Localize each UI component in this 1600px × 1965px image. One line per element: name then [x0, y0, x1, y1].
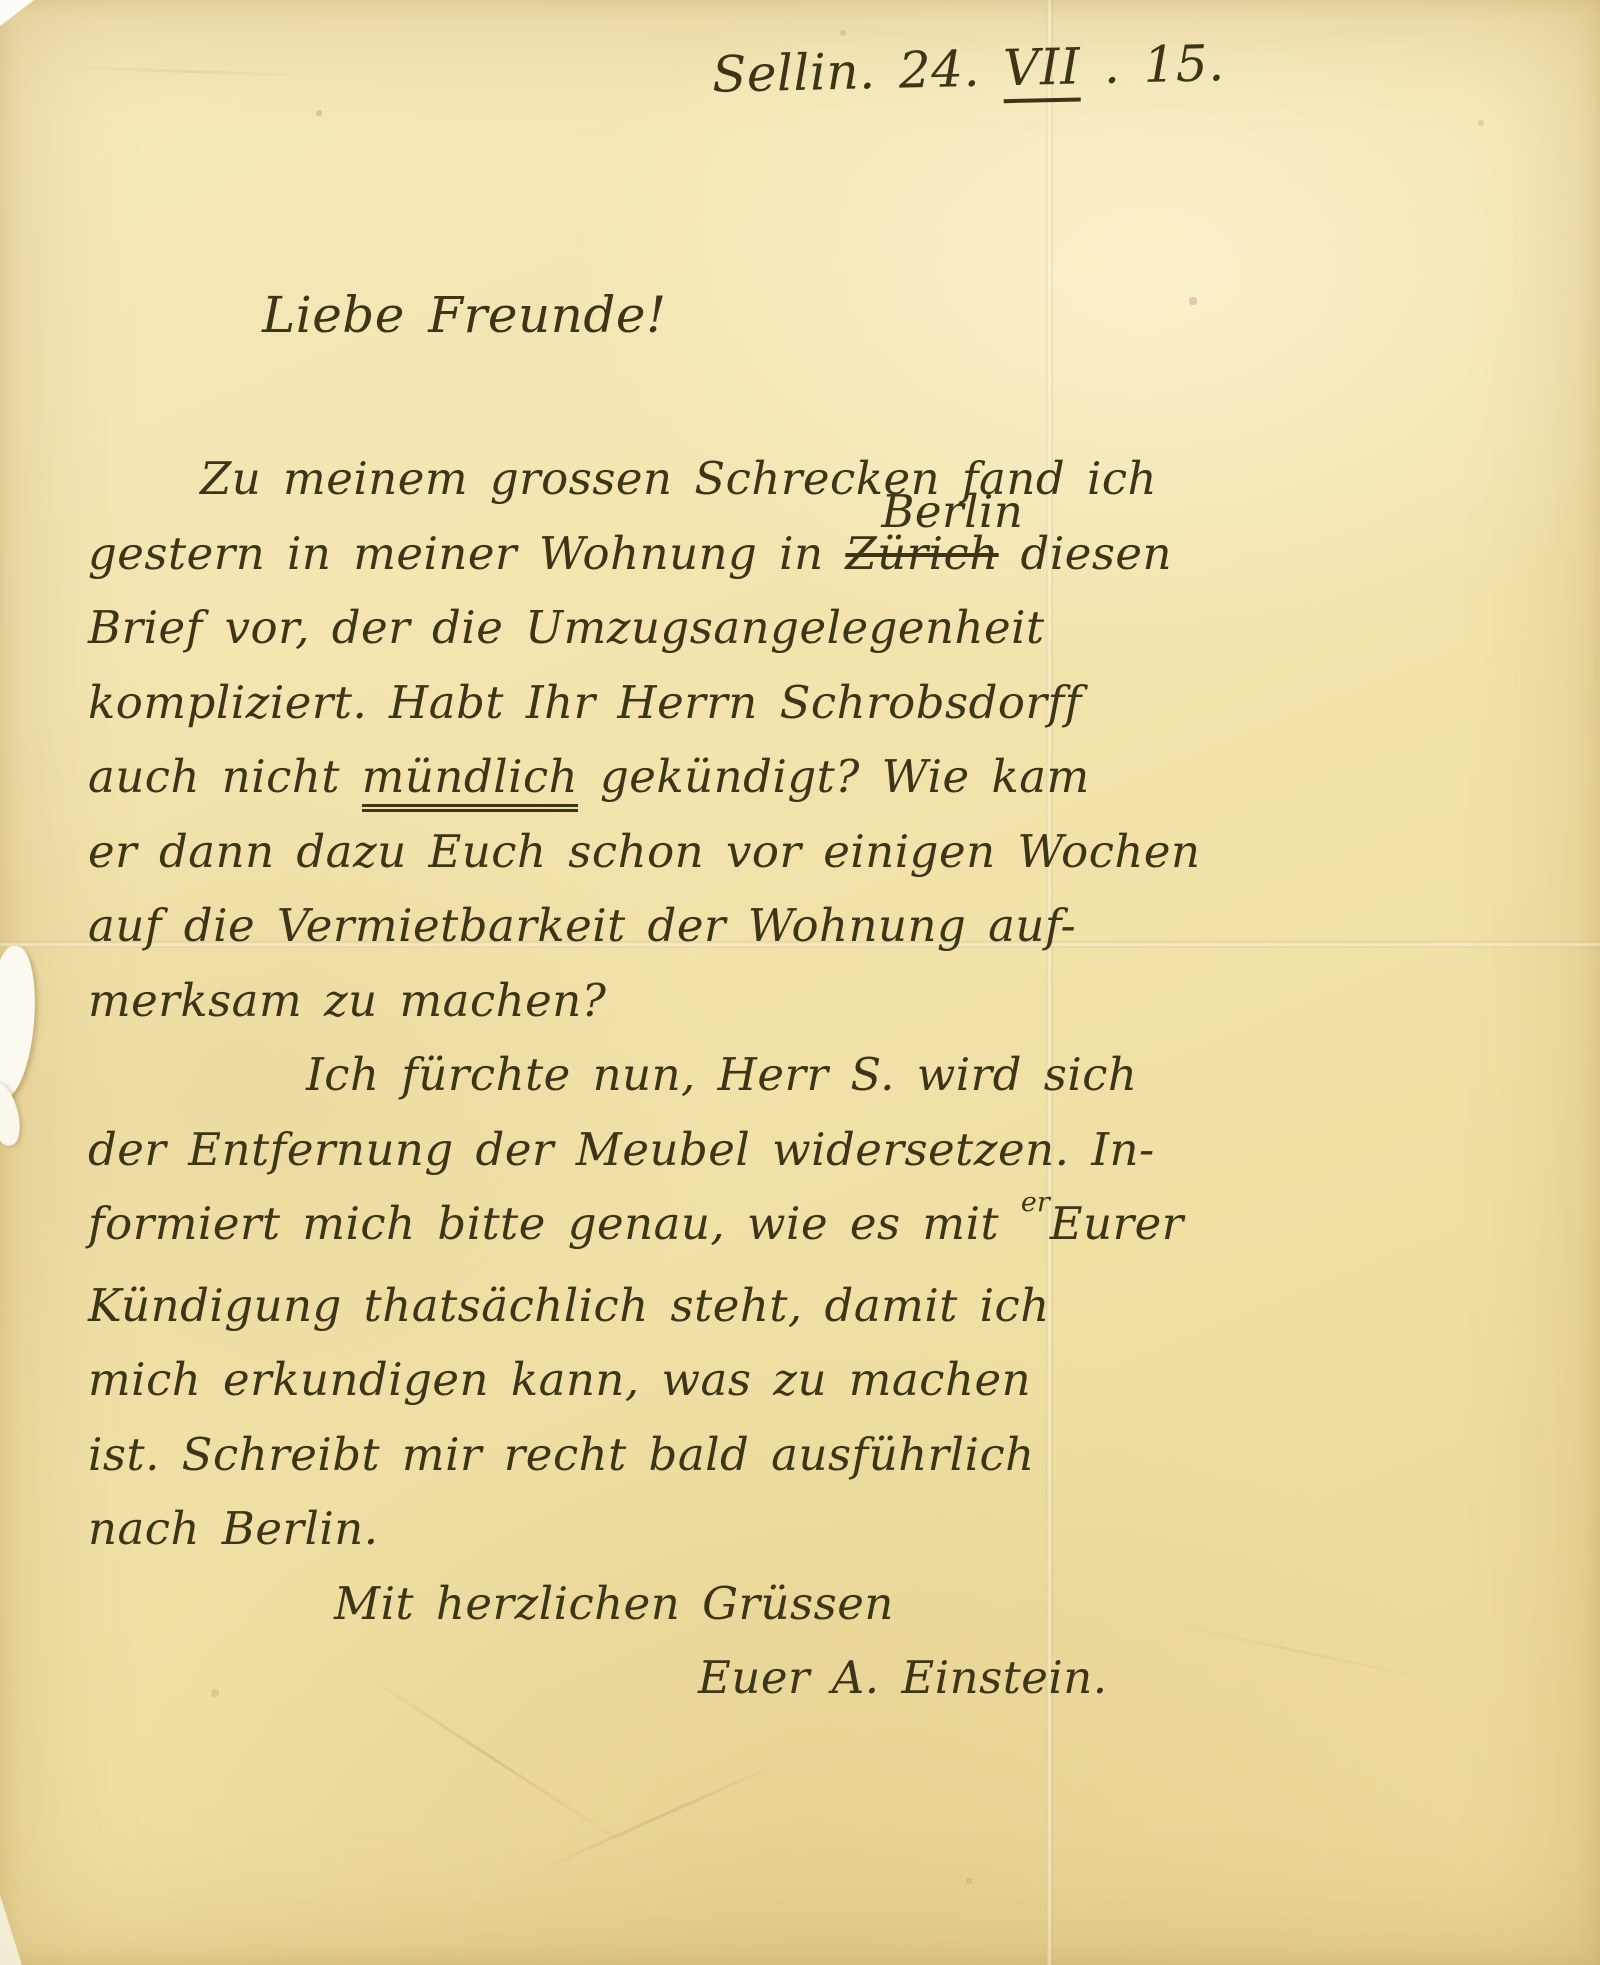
signature-line: Euer A. Einstein. [88, 1641, 1548, 1716]
inserted-letters-er: er [1021, 1187, 1050, 1218]
line-text: Eurer [1050, 1197, 1184, 1250]
line-text: gestern in meiner Wohnung in [88, 527, 845, 580]
body-line: der Entfernung der Meubel widersetzen. I… [88, 1113, 1548, 1188]
body-line: nach Berlin. [88, 1492, 1548, 1567]
body-line: mich erkundigen kann, was zu machen [88, 1343, 1548, 1418]
dateline-month-roman: VII [1003, 37, 1082, 103]
body-line: formiert mich bitte genau, wie es mit er… [88, 1187, 1548, 1269]
corner-notch-top-left [0, 0, 34, 26]
dateline: Sellin. 24. VII . 15. [711, 34, 1225, 104]
body-line: Zu meinem grossen Schrecken fand ich [88, 442, 1548, 517]
crumple-crease [60, 65, 320, 77]
foxing-specks [0, 0, 2, 2]
body-line: ist. Schreibt mir recht bald ausführlich [88, 1418, 1548, 1493]
body-line: merksam zu machen? [88, 964, 1548, 1039]
body-line: Brief vor, der die Umzugsangelegenheit [88, 591, 1548, 666]
paper-tear-mark [0, 944, 42, 1100]
dateline-place-day: Sellin. 24. [711, 39, 1003, 104]
body-line: Ich fürchte nun, Herr S. wird sich [88, 1038, 1548, 1113]
body-line: er dann dazu Euch schon vor einigen Woch… [88, 815, 1548, 890]
letter-body: Zu meinem grossen Schrecken fand ich ges… [88, 442, 1548, 1716]
line-text: auch nicht [88, 750, 362, 803]
line-text: gekündigt? Wie kam [578, 750, 1090, 803]
underlined-word-muendlich: mündlich [362, 750, 578, 812]
dateline-year: . 15. [1080, 34, 1225, 95]
corner-notch-bottom-left [0, 1895, 22, 1965]
inserted-word-berlin: Berlin [881, 475, 1023, 550]
salutation: Liebe Freunde! [262, 286, 667, 344]
body-line: auch nicht mündlich gekündigt? Wie kam [88, 740, 1548, 815]
body-line: Kündigung thatsächlich steht, damit ich [88, 1269, 1548, 1344]
closing-line: Mit herzlichen Grüssen [88, 1567, 1548, 1642]
struck-word-zurich: ZürichBerlin [845, 527, 998, 580]
body-line: gestern in meiner Wohnung in ZürichBerli… [88, 517, 1548, 592]
body-line: auf die Vermietbarkeit der Wohnung auf- [88, 889, 1548, 964]
crumple-crease [531, 1758, 788, 1875]
line-text: diesen [999, 527, 1172, 580]
line-text: formiert mich bitte genau, wie es mit [88, 1197, 1021, 1250]
body-line: kompliziert. Habt Ihr Herrn Schrobsdorff [88, 666, 1548, 741]
